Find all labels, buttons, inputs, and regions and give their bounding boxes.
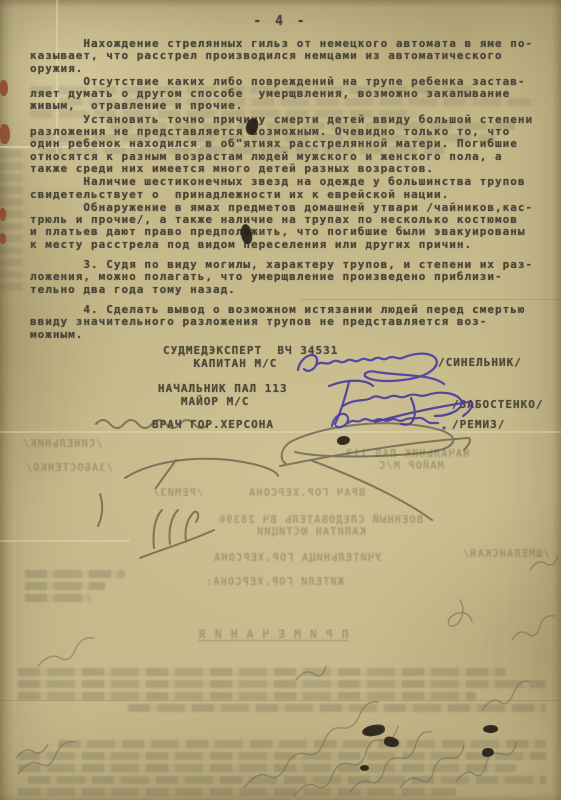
ink-blot [360,765,369,771]
paragraph-6-item-3: 3. Судя по виду могилы, характеру трупов… [30,259,533,296]
red-edge-mark [0,80,8,96]
paragraph-3: Установить точно причину смерти детей вв… [30,114,533,175]
paragraph-1: Нахождение стрелянных гильз от немецкого… [30,38,533,75]
pencil-scribble [10,718,90,788]
red-edge-mark [0,124,10,144]
paragraph-5: Обнаружение в ямах предметов домашней ут… [30,202,533,251]
bleedthrough-margin [0,150,26,295]
ink-blot [483,725,498,733]
red-edge-mark [0,233,6,244]
signature-role-2: НАЧАЛЬНИК ПАЛ 113 МАЙОР М/С [158,382,288,408]
document-page: - 4 - Нахождение стрелянных гильз от нем… [0,0,561,800]
document-body: Нахождение стрелянных гильз от немецкого… [30,38,533,342]
pencil-scribble [30,626,110,676]
page-number: - 4 - [0,14,561,29]
paragraph-7-item-4: 4. Сделать вывод о возможном истязании л… [30,304,533,341]
red-edge-mark [0,208,6,221]
bleedthrough-paragraph [25,570,125,606]
paragraph-4: Наличие шестиконечных звезд на одежде у … [30,176,533,201]
pencil-handwriting [230,530,561,800]
paragraph-2: Отсутствие каких либо повреждений на тру… [30,76,533,113]
